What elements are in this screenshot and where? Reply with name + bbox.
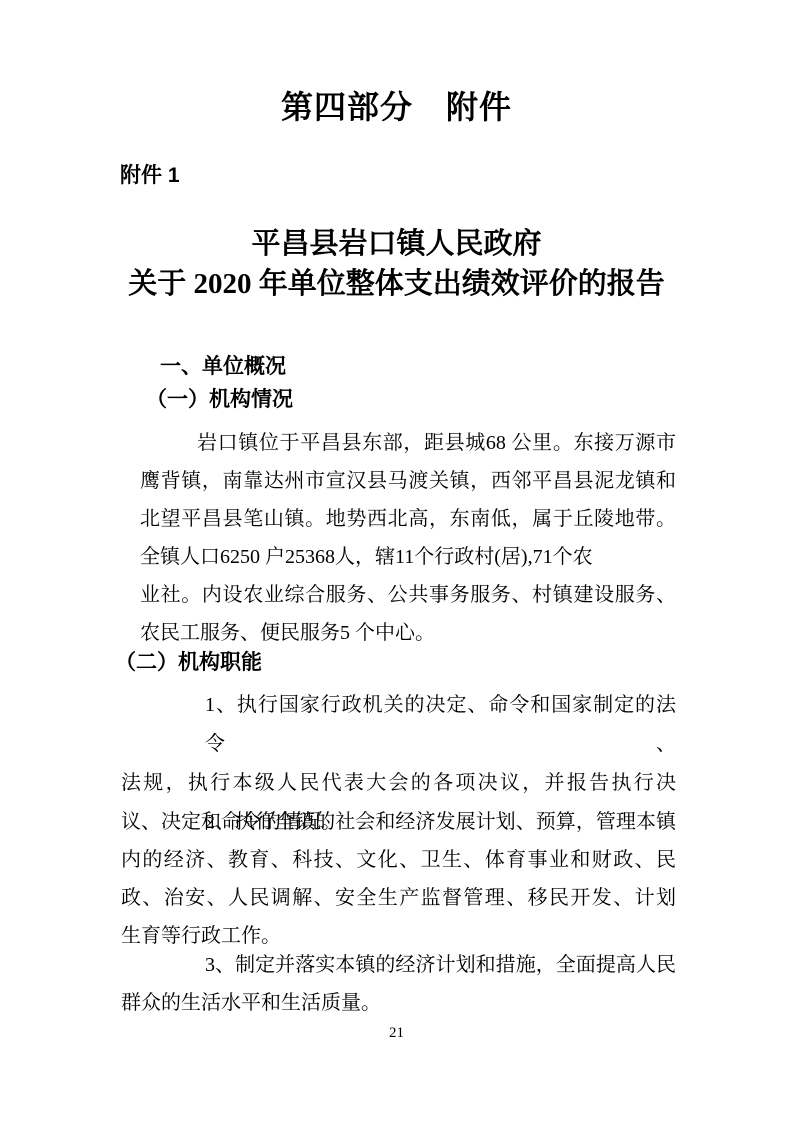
text-line: 群众的生活水平和生活质量。 — [121, 984, 676, 1022]
text-line: 1、执行国家行政机关的决定、命令和国家制定的法令、 — [121, 686, 676, 764]
part-title: 第四部分 附件 — [0, 89, 793, 125]
text-line: 法规，执行本级人民代表大会的各项决议，并报告执行决 — [121, 764, 676, 803]
paragraph-org-situation: 岩口镇位于平昌县东部，距县城68 公里。东接万源市 鹰背镇，南靠达州市宣汉县马渡… — [140, 424, 676, 652]
text-line: 3、制定并落实本镇的经济计划和措施，全面提高人民 — [121, 946, 676, 984]
subsection-heading-org-situation: （一）机构情况 — [146, 388, 293, 412]
text-line: 鹰背镇，南靠达州市宣汉县马渡关镇，西邻平昌县泥龙镇和 — [140, 462, 676, 500]
text-line: 北望平昌县笔山镇。地势西北高，东南低，属于丘陵地带。 — [140, 500, 676, 538]
paragraph-function-2: 2、执行全镇的社会和经济发展计划、预算，管理本镇 内的经济、教育、科技、文化、卫… — [121, 803, 676, 955]
page-number: 21 — [0, 1024, 793, 1042]
section-heading-unit-overview: 一、单位概况 — [160, 355, 286, 379]
paragraph-function-3: 3、制定并落实本镇的经济计划和措施，全面提高人民 群众的生活水平和生活质量。 — [121, 946, 676, 1022]
report-title: 平昌县岩口镇人民政府 关于 2020 年单位整体支出绩效评价的报告 — [0, 224, 793, 304]
text-line: 政、治安、人民调解、安全生产监督管理、移民开发、计划 — [121, 879, 676, 917]
text-line: 内的经济、教育、科技、文化、卫生、体育事业和财政、民 — [121, 841, 676, 879]
text-line: 农民工服务、便民服务5 个中心。 — [140, 614, 676, 652]
subsection-heading-org-functions: （二）机构职能 — [115, 651, 262, 675]
text-line: 岩口镇位于平昌县东部，距县城68 公里。东接万源市 — [140, 424, 676, 462]
text-line: 业社。内设农业综合服务、公共事务服务、村镇建设服务、 — [140, 576, 676, 614]
text-line: 2、执行全镇的社会和经济发展计划、预算，管理本镇 — [121, 803, 676, 841]
document-page: 第四部分 附件 附件 1 平昌县岩口镇人民政府 关于 2020 年单位整体支出绩… — [0, 0, 793, 1122]
report-title-line-1: 平昌县岩口镇人民政府 — [0, 224, 793, 264]
report-title-line-2: 关于 2020 年单位整体支出绩效评价的报告 — [0, 264, 793, 304]
attachment-label: 附件 1 — [120, 164, 180, 188]
text-line: 全镇人口6250 户25368人，辖11个行政村(居),71个农 — [140, 538, 676, 576]
